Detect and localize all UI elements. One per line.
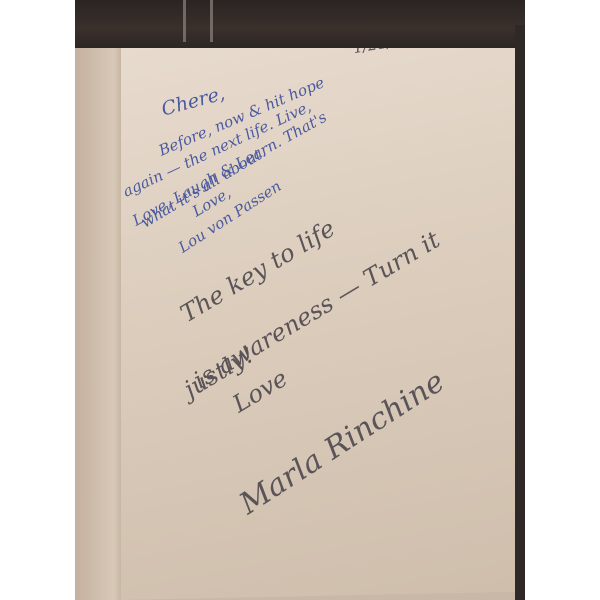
book-cover-right	[515, 25, 525, 600]
book-cover-top	[75, 0, 525, 48]
page-edge	[75, 12, 121, 600]
inscribed-page: 1/21/75 Chere, Before, now & hit hope ag…	[121, 22, 517, 600]
cover-seam	[183, 0, 186, 42]
blue-line-1: Chere,	[159, 82, 227, 120]
book-photo: 1/21/75 Chere, Before, now & hit hope ag…	[75, 0, 525, 600]
cover-seam	[210, 0, 213, 42]
